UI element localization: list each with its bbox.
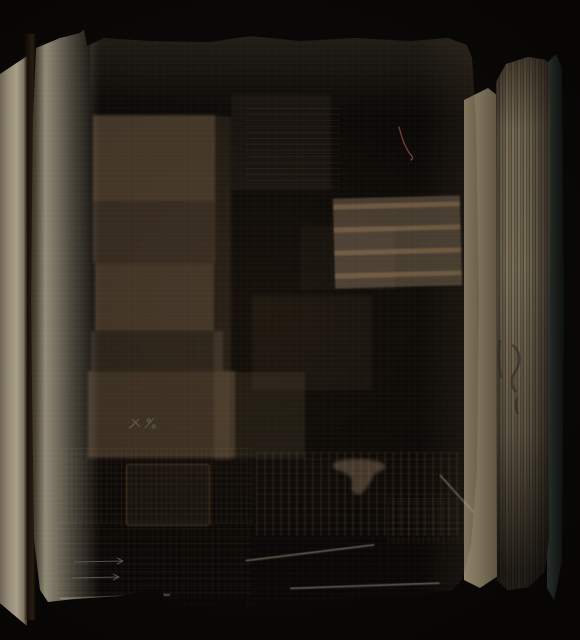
previous-page-sliver (0, 56, 27, 626)
swatch-ghost-4 (91, 331, 223, 371)
photo-of-open-book (0, 0, 580, 640)
faint-mid-tint-1 (252, 295, 372, 390)
swatch-ghost-1 (93, 115, 215, 202)
swatch-ghost-column-edge (214, 116, 231, 460)
book-fore-edge (494, 54, 550, 594)
spine-highlight (30, 30, 100, 605)
glue-outline-ghost (126, 464, 210, 526)
faint-ruled-impression (246, 108, 340, 190)
swatch-ghost-3 (95, 263, 214, 331)
page-curl-shadow (420, 30, 480, 605)
swatch-ghost-2 (93, 202, 215, 263)
swatch-ghost-5 (88, 371, 235, 458)
